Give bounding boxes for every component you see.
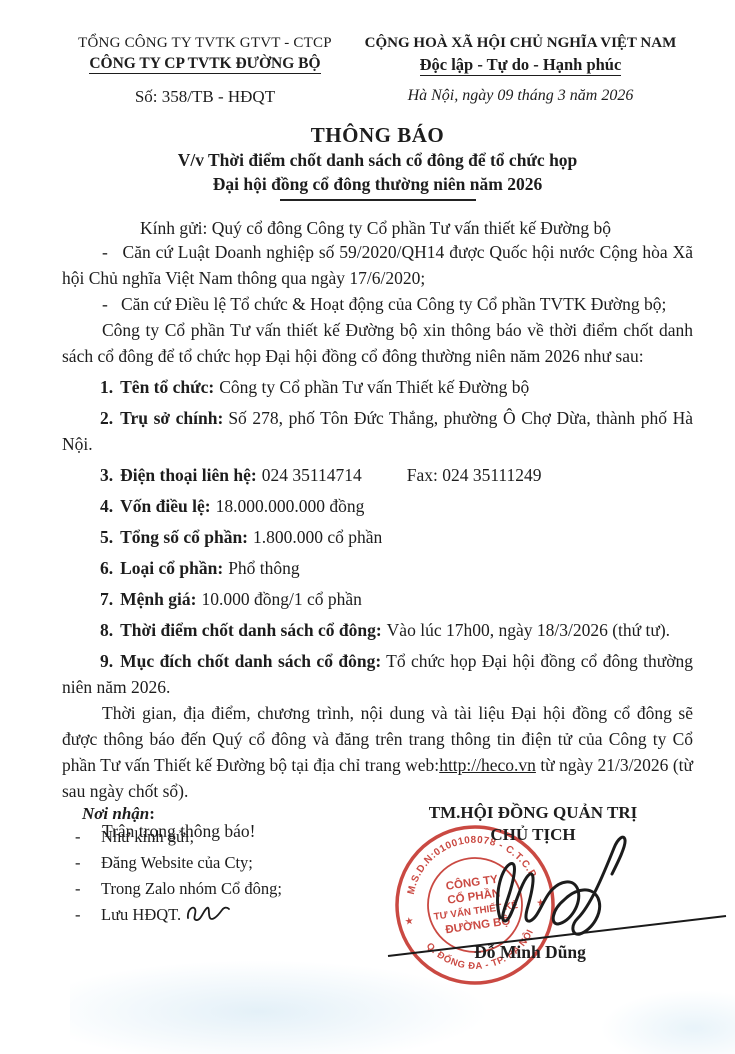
item-number: 1. <box>100 377 113 397</box>
item-label: Mục đích chốt danh sách cổ đông: <box>120 651 381 671</box>
national-motto-block: CỘNG HOÀ XÃ HỘI CHỦ NGHĨA VIỆT NAM Độc l… <box>348 34 693 107</box>
item-value: 18.000.000.000 đồng <box>216 496 365 516</box>
initial-signature-mark <box>184 902 230 926</box>
item-value-fax: Fax: 024 35111249 <box>407 465 542 485</box>
item-value: Vào lúc 17h00, ngày 18/3/2026 (thứ tư). <box>387 620 670 640</box>
bullet-dash: - <box>62 876 101 902</box>
recipient-item: -Trong Zalo nhóm Cổ đông; <box>62 876 362 902</box>
item-number: 8. <box>100 620 113 640</box>
item-number: 6. <box>100 558 113 578</box>
document-page: TỔNG CÔNG TY TVTK GTVT - CTCP CÔNG TY CP… <box>0 0 735 1054</box>
signature-block: TM.HỘI ĐỒNG QUẢN TRỊ CHỦ TỊCH <box>368 802 698 846</box>
item-number: 7. <box>100 589 113 609</box>
item-label: Loại cổ phần: <box>120 558 223 578</box>
national-title: CỘNG HOÀ XÃ HỘI CHỦ NGHĨA VIỆT NAM <box>348 34 693 53</box>
item-value: 10.000 đồng/1 cổ phần <box>201 589 361 609</box>
preamble-2: - Căn cứ Điều lệ Tổ chức & Hoạt động của… <box>62 291 693 317</box>
preamble-1: - Căn cứ Luật Doanh nghiệp số 59/2020/QH… <box>62 239 693 291</box>
document-title: THÔNG BÁO <box>62 122 693 148</box>
national-motto: Độc lập - Tự do - Hạnh phúc <box>348 53 693 76</box>
issuer-block: TỔNG CÔNG TY TVTK GTVT - CTCP CÔNG TY CP… <box>62 34 348 107</box>
signature-role: CHỦ TỊCH <box>368 824 698 846</box>
item-number: 9. <box>100 651 113 671</box>
item-number: 5. <box>100 527 113 547</box>
closing-paragraph: Thời gian, địa điểm, chương trình, nội d… <box>62 700 693 804</box>
item-dien-thoai: 3.Điện thoại liên hệ:024 35114714Fax: 02… <box>62 462 693 488</box>
recipients-heading: Nơi nhận: <box>82 804 362 824</box>
item-loai-co-phan: 6.Loại cổ phần:Phổ thông <box>62 555 693 581</box>
document-header: TỔNG CÔNG TY TVTK GTVT - CTCP CÔNG TY CP… <box>62 34 693 107</box>
recipient-item: -Như kính gửi; <box>62 824 362 850</box>
recipient-item: -Đăng Website của Cty; <box>62 850 362 876</box>
item-menh-gia: 7.Mệnh giá:10.000 đồng/1 cổ phần <box>62 586 693 612</box>
document-footer: Nơi nhận: -Như kính gửi; -Đăng Website c… <box>0 798 735 1054</box>
item-von-dieu-le: 4.Vốn điều lệ:18.000.000.000 đồng <box>62 493 693 519</box>
company-website-link[interactable]: http://heco.vn <box>439 755 536 775</box>
item-number: 4. <box>100 496 113 516</box>
item-value: Công ty Cổ phần Tư vấn Thiết kế Đường bộ <box>219 377 529 397</box>
company-name: CÔNG TY CP TVTK ĐƯỜNG BỘ <box>62 53 348 74</box>
item-label: Mệnh giá: <box>120 589 196 609</box>
item-thoi-diem-chot: 8.Thời điểm chốt danh sách cổ đông:Vào l… <box>62 617 693 643</box>
document-number: Số: 358/TB - HĐQT <box>62 87 348 107</box>
bullet-dash: - <box>62 824 101 850</box>
bullet-dash: - <box>62 902 101 928</box>
item-tong-so-co-phan: 5.Tổng số cổ phần:1.800.000 cổ phần <box>62 524 693 550</box>
item-muc-dich-chot: 9.Mục đích chốt danh sách cổ đông:Tổ chứ… <box>62 648 693 700</box>
item-value: Phổ thông <box>228 558 299 578</box>
parent-company-name: TỔNG CÔNG TY TVTK GTVT - CTCP <box>62 34 348 53</box>
place-date-line: Hà Nội, ngày 09 tháng 3 năm 2026 <box>348 87 693 105</box>
item-value: 1.800.000 cổ phần <box>253 527 382 547</box>
document-subtitle-1: V/v Thời điểm chốt danh sách cổ đông để … <box>62 148 693 172</box>
title-underline <box>280 199 476 201</box>
item-label: Tên tổ chức: <box>120 377 214 397</box>
signature-authority: TM.HỘI ĐỒNG QUẢN TRỊ <box>368 802 698 824</box>
signer-name: Đỗ Minh Dũng <box>430 942 630 963</box>
item-number: 2. <box>100 408 113 428</box>
bullet-dash: - <box>62 850 101 876</box>
item-value-phone: 024 35114714 <box>262 465 362 485</box>
document-subtitle-2: Đại hội đồng cổ đông thường niên năm 202… <box>62 172 693 196</box>
item-label: Trụ sở chính: <box>120 408 223 428</box>
item-number: 3. <box>100 465 113 485</box>
item-label: Vốn điều lệ: <box>120 496 210 516</box>
intro-paragraph: Công ty Cổ phần Tư vấn thiết kế Đường bộ… <box>62 317 693 369</box>
item-ten-to-chuc: 1.Tên tổ chức:Công ty Cổ phần Tư vấn Thi… <box>62 374 693 400</box>
item-label: Tổng số cổ phần: <box>120 527 248 547</box>
document-content: TỔNG CÔNG TY TVTK GTVT - CTCP CÔNG TY CP… <box>0 0 735 844</box>
title-block: THÔNG BÁO V/v Thời điểm chốt danh sách c… <box>62 122 693 201</box>
recipient-item: -Lưu HĐQT. <box>62 902 362 928</box>
salutation: Kính gửi: Quý cổ đông Công ty Cổ phần Tư… <box>140 218 693 239</box>
item-label: Thời điểm chốt danh sách cổ đông: <box>120 620 382 640</box>
item-tru-so-chinh: 2.Trụ sở chính:Số 278, phố Tôn Đức Thắng… <box>62 405 693 457</box>
recipients-block: Nơi nhận: -Như kính gửi; -Đăng Website c… <box>62 804 362 928</box>
item-label: Điện thoại liên hệ: <box>120 465 257 485</box>
